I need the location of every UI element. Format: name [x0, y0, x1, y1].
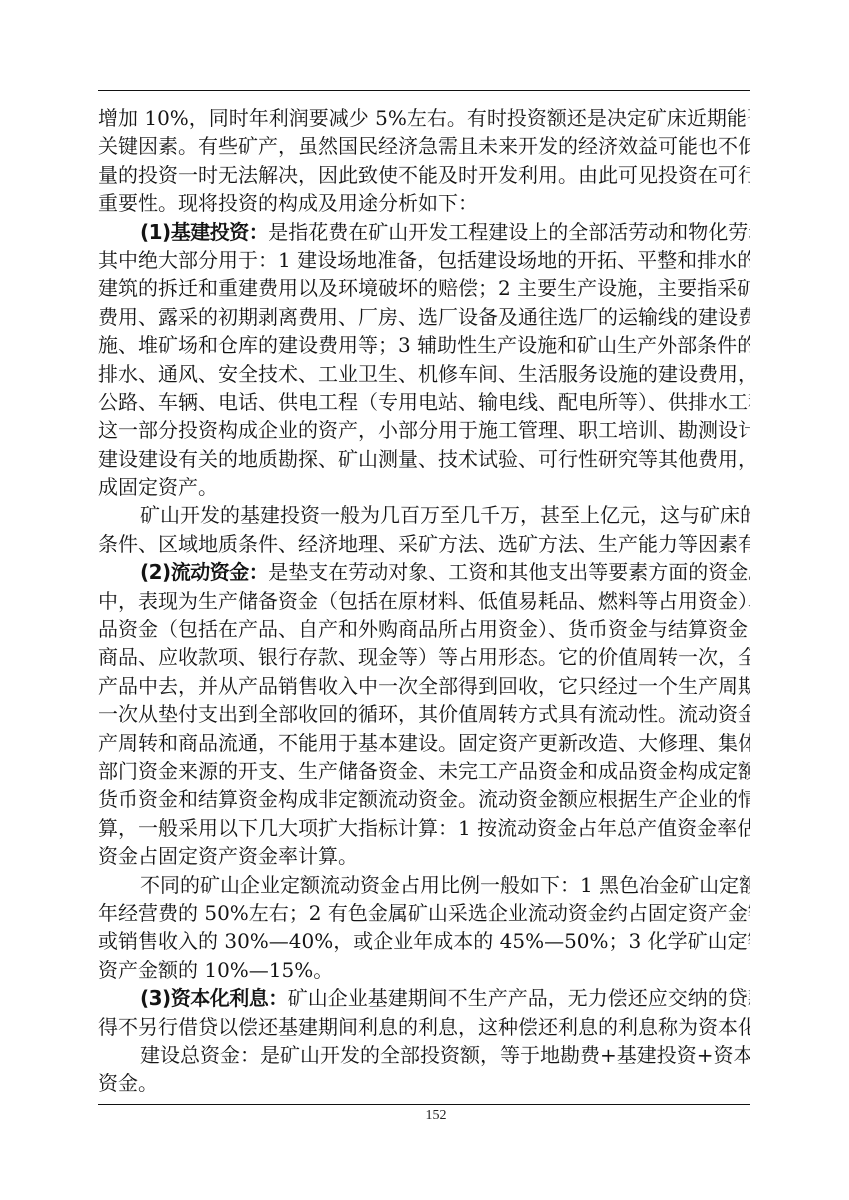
text-line: 或销售收入的 30%—40%，或企业年成本的 45%—50%；3 化学矿山定额流… [98, 927, 750, 955]
footer-rule [98, 1104, 750, 1105]
text-line: 中，表现为生产储备资金（包括在原材料、低值易耗品、燃料等占用资金）、未完工产 [98, 587, 750, 615]
text-run: 矿山企业基建期间不生产产品，无力偿还应交纳的贷款利息。不 [288, 986, 750, 1010]
text-line: 量的投资一时无法解决，因此致使不能及时开发利用。由此可见投资在可行性评价中的 [98, 161, 750, 189]
text-line: 建设总资金：是矿山开发的全部投资额，等于地勘费+基建投资+资本化利息+流动 [98, 1041, 750, 1069]
paragraph-intro: 增加 10%，同时年利润要减少 5%左右。有时投资额还是决定矿床近期能否被开发利… [98, 104, 750, 218]
text-line: 产品中去，并从产品销售收入中一次全部得到回收，它只经过一个生产周期就可以完成 [98, 672, 750, 700]
text-line: 资金占固定资产资金率计算。 [98, 842, 750, 870]
text-line: 公路、车辆、电话、供电工程（专用电站、输电线、配电所等）、供排水工程等费用。 [98, 388, 750, 416]
text-run: 是指花费在矿山开发工程建设上的全部活劳动和物化劳动的总和。 [268, 220, 750, 244]
header-rule [98, 90, 750, 91]
text-line: 费用、露采的初期剥离费用、厂房、选厂设备及通往选厂的运输线的建设费用、装卸设 [98, 303, 750, 331]
section-label: (3)资本化利息： [140, 986, 288, 1010]
text-line: 部门资金来源的开支、生产储备资金、未完工产品资金和成品资金构成定额流动资金， [98, 757, 750, 785]
text-line: 得不另行借贷以偿还基建期间利息的利息，这种偿还利息的利息称为资本化利息。 [98, 1013, 750, 1041]
text-line: 产周转和商品流通，不能用于基本建设。固定资产更新改造、大修理、集体福利和其他 [98, 729, 750, 757]
paragraph-capitalized-interest: (3)资本化利息：矿山企业基建期间不生产产品，无力偿还应交纳的贷款利息。不 得不… [98, 984, 750, 1041]
text-line: (1)基建投资：是指花费在矿山开发工程建设上的全部活劳动和物化劳动的总和。 [98, 218, 750, 246]
section-label: (1)基建投资： [140, 220, 268, 244]
text-line: 一次从垫付支出到全部收回的循环，其价值周转方式具有流动性。流动资金只能用于生 [98, 700, 750, 728]
page-number: 152 [0, 1108, 849, 1124]
text-line: 建筑的拆迁和重建费用以及环境破坏的赔偿；2 主要生产设施，主要指采矿基建工程的 [98, 274, 750, 302]
text-line: 不同的矿山企业定额流动资金占用比例一般如下：1 黑色冶金矿山定额流动资金占 [98, 871, 750, 899]
text-line: 商品、应收款项、银行存款、现金等）等占用形态。它的价值周转一次，全部地转移到 [98, 643, 750, 671]
text-line: 品资金（包括在产品、自产和外购商品所占用资金）、货币资金与结算资金（包括发出 [98, 615, 750, 643]
paragraph-working-capital-ratios: 不同的矿山企业定额流动资金占用比例一般如下：1 黑色冶金矿山定额流动资金占 年经… [98, 871, 750, 985]
paragraph-capital-investment: (1)基建投资：是指花费在矿山开发工程建设上的全部活劳动和物化劳动的总和。 其中… [98, 218, 750, 502]
text-line: 矿山开发的基建投资一般为几百万至几千万，甚至上亿元，这与矿床的特点、产出 [98, 501, 750, 529]
text-line: 其中绝大部分用于：1 建设场地准备，包括建设场地的开拓、平整和排水的费用，原有 [98, 246, 750, 274]
text-line: 排水、通风、安全技术、工业卫生、机修车间、生活服务设施的建设费用，矿山铁路、 [98, 360, 750, 388]
text-line: 重要性。现将投资的构成及用途分析如下： [98, 189, 750, 217]
text-line: 施、堆矿场和仓库的建设费用等；3 辅助性生产设施和矿山生产外部条件的建设，包括 [98, 331, 750, 359]
text-line: 这一部分投资构成企业的资产，小部分用于施工管理、职工培训、勘测设计以及与矿山 [98, 416, 750, 444]
text-line: 建设建设有关的地质勘探、矿山测量、技术试验、可行性研究等其他费用，这部分不形 [98, 445, 750, 473]
text-line: (3)资本化利息：矿山企业基建期间不生产产品，无力偿还应交纳的贷款利息。不 [98, 984, 750, 1012]
text-run: 是垫支在劳动对象、工资和其他支出等要素方面的资金。它在周转 [268, 560, 750, 584]
paragraph-total-construction-funds: 建设总资金：是矿山开发的全部投资额，等于地勘费+基建投资+资本化利息+流动 资金… [98, 1041, 750, 1098]
text-line: 年经营费的 50%左右；2 有色金属矿山采选企业流动资金约占固定资产金额的 15… [98, 899, 750, 927]
text-line: 条件、区域地质条件、经济地理、采矿方法、选矿方法、生产能力等因素有关。 [98, 530, 750, 558]
page-body: 增加 10%，同时年利润要减少 5%左右。有时投资额还是决定矿床近期能否被开发利… [98, 104, 750, 1098]
section-label: (2)流动资金： [140, 560, 268, 584]
text-line: 成固定资产。 [98, 473, 750, 501]
text-line: 资金。 [98, 1069, 750, 1097]
text-line: 资产金额的 10%—15%。 [98, 956, 750, 984]
text-line: (2)流动资金：是垫支在劳动对象、工资和其他支出等要素方面的资金。它在周转 [98, 558, 750, 586]
paragraph-investment-scale: 矿山开发的基建投资一般为几百万至几千万，甚至上亿元，这与矿床的特点、产出 条件、… [98, 501, 750, 558]
paragraph-working-capital: (2)流动资金：是垫支在劳动对象、工资和其他支出等要素方面的资金。它在周转 中，… [98, 558, 750, 870]
text-line: 增加 10%，同时年利润要减少 5%左右。有时投资额还是决定矿床近期能否被开发利… [98, 104, 750, 132]
text-line: 算，一般采用以下几大项扩大指标计算：1 按流动资金占年总产值资金率估算；按流动 [98, 814, 750, 842]
text-line: 关键因素。有些矿产，虽然国民经济急需且未来开发的经济效益可能也不低，但由于大 [98, 132, 750, 160]
text-line: 货币资金和结算资金构成非定额流动资金。流动资金额应根据生产企业的情况进行计 [98, 785, 750, 813]
